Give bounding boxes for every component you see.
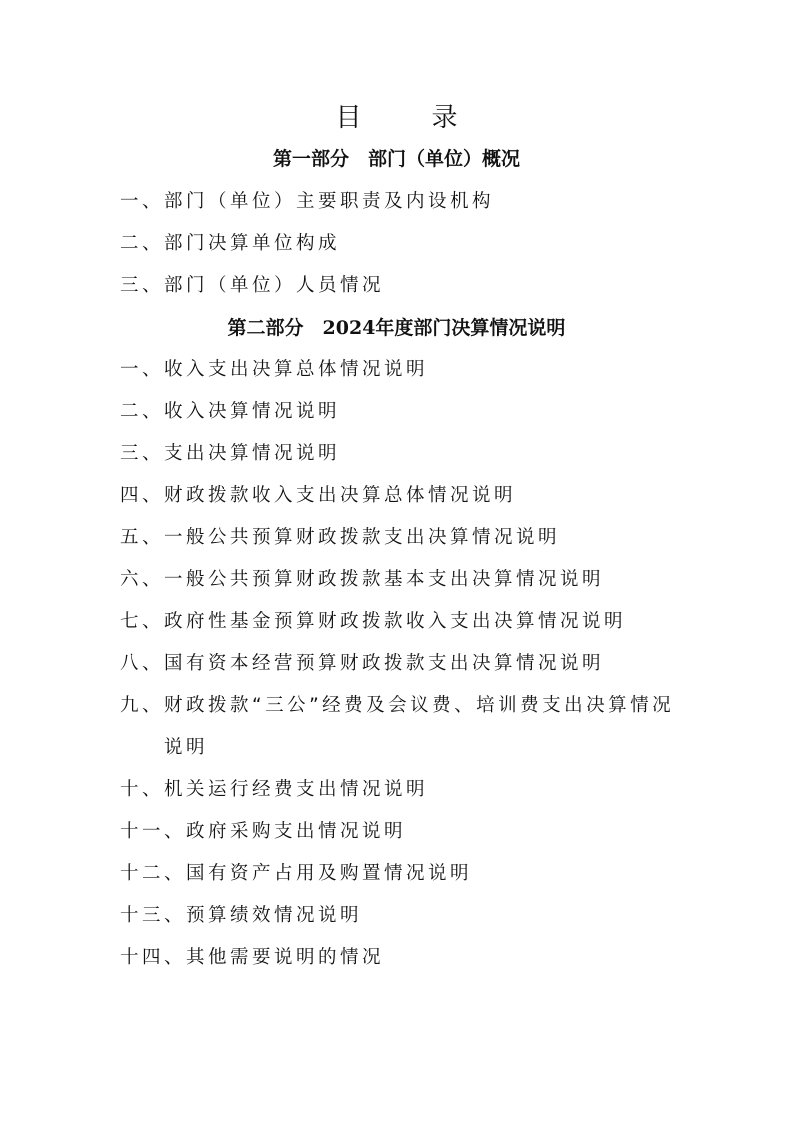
toc-item[interactable]: 三、部门（单位）人员情况: [120, 272, 384, 300]
toc-item[interactable]: 十、机关运行经费支出情况说明: [120, 776, 428, 804]
toc-item[interactable]: 十一、政府采购支出情况说明: [120, 818, 406, 846]
toc-item[interactable]: 九、财政拨款“三公”经费及会议费、培训费支出决算情况: [120, 692, 674, 720]
toc-item[interactable]: 十二、国有资产占用及购置情况说明: [120, 860, 472, 888]
document-page: 目 录 第一部分 部门（单位）概况 一、部门（单位）主要职责及内设机构 二、部门…: [0, 0, 793, 1122]
toc-item[interactable]: 三、支出决算情况说明: [120, 440, 340, 468]
toc-item[interactable]: 六、一般公共预算财政拨款基本支出决算情况说明: [120, 566, 604, 594]
toc-item[interactable]: 二、部门决算单位构成: [120, 230, 340, 258]
toc-item[interactable]: 七、政府性基金预算财政拨款收入支出决算情况说明: [120, 608, 626, 636]
part1-heading: 第一部分 部门（单位）概况: [0, 145, 793, 173]
toc-item[interactable]: 二、收入决算情况说明: [120, 398, 340, 426]
toc-item[interactable]: 一、收入支出决算总体情况说明: [120, 356, 428, 384]
toc-item[interactable]: 五、一般公共预算财政拨款支出决算情况说明: [120, 524, 560, 552]
toc-item[interactable]: 十四、其他需要说明的情况: [120, 944, 384, 972]
toc-item[interactable]: 一、部门（单位）主要职责及内设机构: [120, 188, 494, 216]
toc-item[interactable]: 十三、预算绩效情况说明: [120, 902, 362, 930]
toc-item[interactable]: 八、国有资本经营预算财政拨款支出决算情况说明: [120, 650, 604, 678]
toc-item-continuation[interactable]: 说明: [164, 734, 208, 762]
toc-item[interactable]: 四、财政拨款收入支出决算总体情况说明: [120, 482, 516, 510]
toc-title: 目 录: [0, 100, 793, 136]
part2-heading: 第二部分 2024年度部门决算情况说明: [0, 314, 793, 342]
